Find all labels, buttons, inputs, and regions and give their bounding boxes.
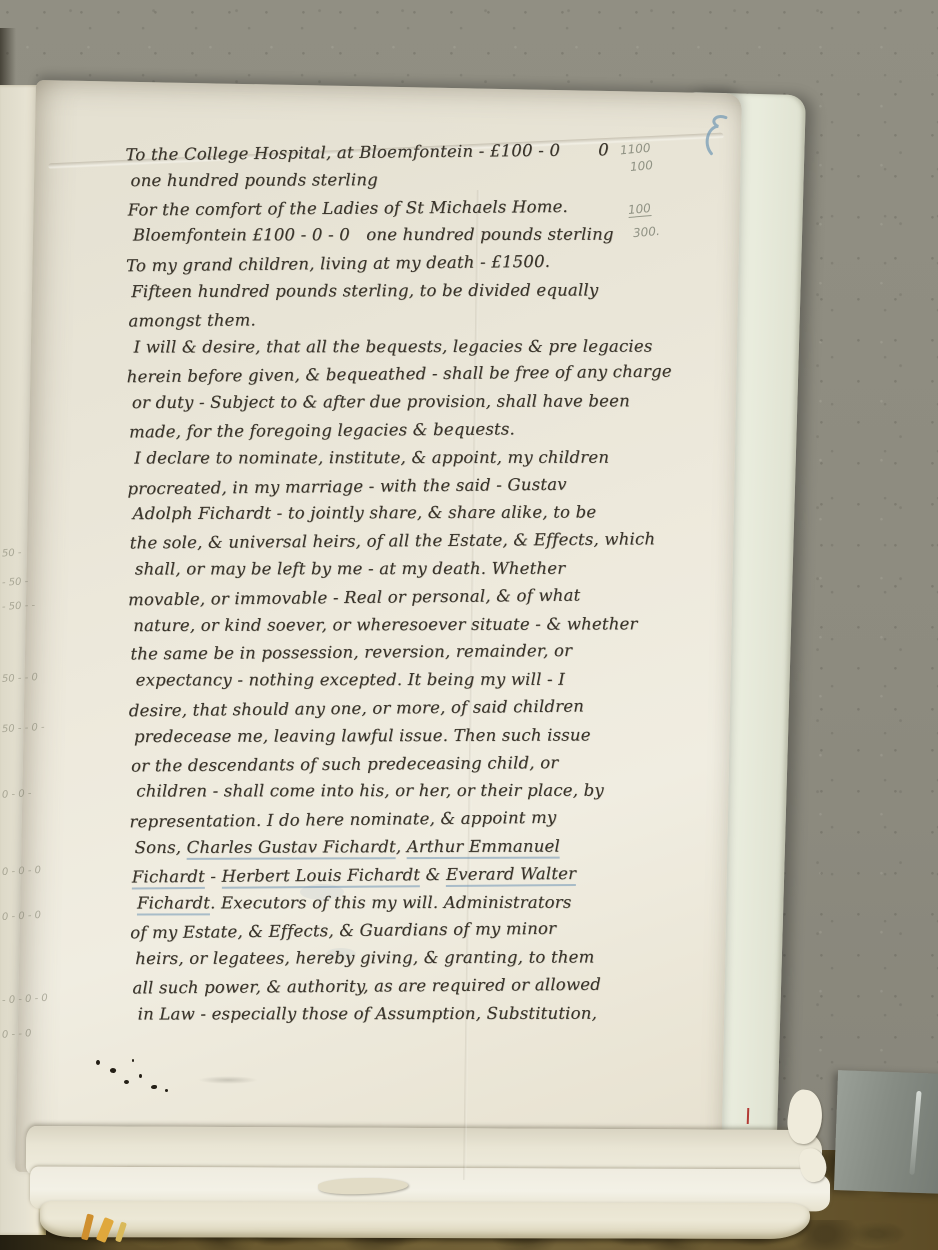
handwritten-text: For the comfort of the Ladies of St Mich… — [128, 197, 568, 219]
manuscript-line: To my grand children, living at my death… — [126, 246, 756, 280]
handwritten-text: in Law - especially those of Assumption,… — [138, 1003, 597, 1023]
manuscript-line: amongst them. — [128, 302, 756, 335]
manuscript-line: or duty - Subject to & after due provisi… — [132, 387, 757, 417]
pencil-tally-note-faint: - 50 - - — [2, 600, 36, 613]
ink-blot — [165, 1089, 168, 1092]
handwritten-text: . Executors of this my will. Administrat… — [210, 892, 572, 912]
folder-sheen — [909, 1091, 921, 1175]
manuscript-line: expectancy - nothing excepted. It being … — [136, 666, 759, 695]
manuscript-line: heirs, or legatees, hereby giving, & gra… — [135, 943, 760, 973]
handwritten-text: , — [396, 837, 407, 856]
handwritten-text: movable, or immovable - Real or personal… — [128, 585, 581, 609]
ink-blot — [132, 1059, 134, 1062]
handwritten-text: one hundred pounds sterling — [131, 170, 378, 190]
manuscript-line: Fifteen hundred pounds sterling, to be d… — [131, 276, 756, 306]
handwritten-text: & — [420, 865, 446, 884]
handwritten-text: I will & desire, that all the bequests, … — [134, 336, 653, 356]
manuscript-line: Fichardt - Herbert Louis Fichardt & Ever… — [132, 858, 760, 891]
manuscript-line: representation. I do here nominate, & ap… — [129, 802, 759, 836]
manuscript-line: I will & desire, that all the bequests, … — [134, 332, 757, 361]
handwritten-text: or duty - Subject to & after due provisi… — [132, 392, 630, 413]
manuscript-line: shall, or may be left by me - at my deat… — [135, 554, 758, 583]
handwritten-text: procreated, in my marriage - with the sa… — [127, 474, 567, 498]
grey-folder-edge — [834, 1070, 938, 1194]
handwritten-text: To the College Hospital, at Bloemfontein… — [125, 140, 609, 164]
document-photo: To the College Hospital, at Bloemfontein… — [0, 0, 938, 1250]
underlined-name: Fichardt — [132, 867, 205, 890]
ink-blot — [151, 1085, 157, 1089]
manuscript-line: movable, or immovable - Real or personal… — [128, 579, 758, 613]
handwritten-text: or the descendants of such predeceasing … — [131, 753, 558, 775]
handwritten-text: desire, that should any one, or more, of… — [129, 696, 584, 720]
handwritten-text: predecease me, leaving lawful issue. The… — [134, 725, 591, 746]
pencil-tally-note: 1100 — [619, 141, 651, 158]
pencil-tally-note-faint: 0 - 0 - 0 — [2, 910, 42, 923]
handwritten-text: representation. I do here nominate, & ap… — [129, 808, 556, 831]
manuscript-line: For the comfort of the Ladies of St Mich… — [128, 191, 756, 224]
handwritten-text: nature, or kind soever, or wheresoever s… — [133, 614, 637, 635]
handwritten-text: all such power, & authority, as are requ… — [132, 975, 601, 998]
handwritten-text: herein before given, & bequeathed - shal… — [127, 362, 672, 387]
manuscript-line: Fichardt. Executors of this my will. Adm… — [137, 888, 760, 917]
pencil-tally-note: 100 — [629, 158, 653, 174]
pencil-tally-note-faint: 50 - - 0 - — [2, 722, 45, 735]
underlined-name: Charles Gustav Fichardt — [187, 837, 396, 860]
pencil-tally-note-faint: 0 - - 0 — [2, 1028, 32, 1041]
manuscript-line: the sole, & universal heirs, of all the … — [130, 525, 758, 558]
pencil-smudge — [198, 1076, 258, 1084]
manuscript-line: Bloemfontein £100 - 0 - 0 one hundred po… — [133, 221, 756, 250]
ink-blot — [124, 1080, 129, 1084]
handwritten-text: expectancy - nothing excepted. It being … — [136, 670, 565, 690]
handwritten-text: made, for the foregoing legacies & beque… — [129, 419, 515, 441]
underlined-name: Everard Walter — [446, 864, 576, 887]
ink-blot — [139, 1074, 142, 1078]
underlined-name: Herbert Louis Fichardt — [222, 865, 421, 889]
manuscript-line: predecease me, leaving lawful issue. The… — [134, 721, 759, 751]
manuscript-line: the same be in possession, reversion, re… — [130, 636, 758, 669]
manuscript-line: To the College Hospital, at Bloemfontein… — [125, 135, 755, 169]
manuscript-line: children - shall come into his, or her, … — [136, 777, 759, 806]
manuscript-line: or the descendants of such predeceasing … — [131, 747, 759, 780]
underlined-name: Fichardt — [137, 893, 210, 915]
handwritten-text: children - shall come into his, or her, … — [136, 781, 604, 801]
pencil-tally-note-faint: 0 - 0 - — [2, 788, 32, 801]
manuscript-line: I declare to nominate, institute, & appo… — [134, 443, 757, 472]
manuscript-line: desire, that should any one, or more, of… — [129, 691, 759, 725]
handwritten-text: the same be in possession, reversion, re… — [130, 641, 572, 663]
handwritten-text: the sole, & universal heirs, of all the … — [130, 529, 656, 552]
handwritten-text: Adolph Fichardt - to jointly share, & sh… — [133, 503, 597, 524]
manuscript-text: To the College Hospital, at Bloemfontein… — [125, 136, 760, 1029]
manuscript-line: Adolph Fichardt - to jointly share, & sh… — [133, 498, 758, 528]
underlined-name: Arthur Emmanuel — [407, 837, 560, 860]
handwritten-text: Bloemfontein £100 - 0 - 0 one hundred po… — [133, 225, 614, 245]
manuscript-line: all such power, & authority, as are requ… — [132, 969, 760, 1002]
handwritten-text: heirs, or legatees, hereby giving, & gra… — [135, 948, 594, 969]
handwritten-text: Fifteen hundred pounds sterling, to be d… — [131, 280, 598, 301]
page-stack-edge-3 — [40, 1201, 810, 1239]
handwritten-text: I declare to nominate, institute, & appo… — [134, 447, 609, 467]
pencil-tally-note-faint: 50 - - 0 — [2, 672, 38, 685]
pencil-tally-note-faint: 50 - — [2, 547, 22, 559]
ink-blot — [96, 1060, 100, 1065]
handwritten-text: To my grand children, living at my death… — [126, 252, 550, 275]
handwritten-text: shall, or may be left by me - at my deat… — [135, 559, 565, 579]
manuscript-line: made, for the foregoing legacies & beque… — [129, 413, 757, 446]
pencil-tally-note: 100 — [627, 201, 651, 218]
manuscript-line: nature, or kind soever, or wheresoever s… — [133, 609, 758, 639]
pencil-tally-note-faint: 0 - 0 - 0 — [2, 865, 42, 878]
handwritten-text: amongst them. — [128, 310, 256, 330]
manuscript-line: Sons, Charles Gustav Fichardt, Arthur Em… — [135, 832, 760, 862]
handwritten-text: Sons, — [135, 838, 187, 857]
handwritten-text: of my Estate, & Effects, & Guardians of … — [130, 919, 556, 942]
handwritten-text: - — [205, 866, 222, 885]
manuscript-line: one hundred pounds sterling — [130, 165, 755, 195]
pencil-tally-note-faint: - 50 - — [2, 576, 29, 588]
pencil-tally-note: 300. — [632, 224, 660, 240]
torn-paper-fragment — [784, 1088, 825, 1146]
manuscript-line: in Law - especially those of Assumption,… — [138, 999, 761, 1028]
